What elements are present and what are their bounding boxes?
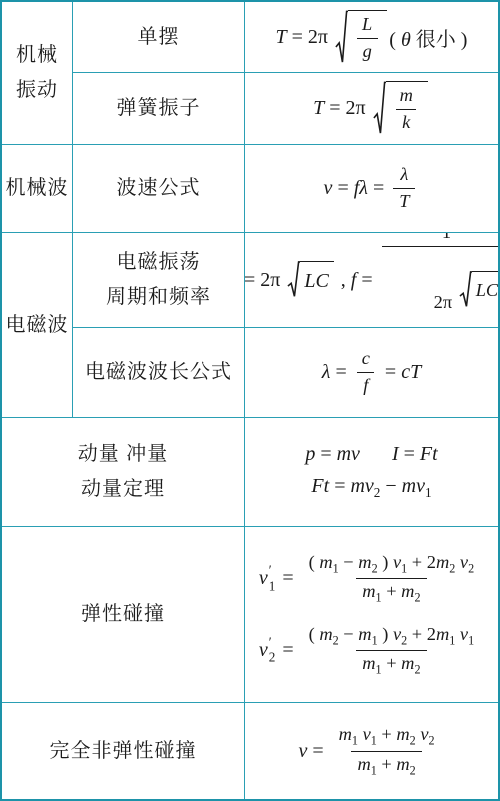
label-em-oscillation: 电磁振荡 周期和频率 <box>73 233 245 328</box>
cell-formula-pendulum: T = 2π L g ( θ 很小 ) <box>245 2 498 73</box>
radicand: LC <box>472 271 498 308</box>
formula-text: T = 2π <box>276 26 334 49</box>
fraction-numerator: L <box>356 12 378 38</box>
formula-momentum-line1: p = mvI = Ft <box>305 443 437 466</box>
formula-em-wavelength: λ = c f = cT <box>322 346 421 399</box>
prime-mark: ′ <box>269 636 272 649</box>
radical-sign-icon <box>459 271 472 308</box>
radical-sign-icon <box>287 261 300 298</box>
square-root: L g <box>335 10 387 65</box>
fraction-denominator: f <box>357 372 374 399</box>
formula-text: = cT <box>380 361 421 384</box>
fraction-denominator: k <box>396 109 416 136</box>
fraction: c f <box>356 346 376 399</box>
label-momentum: 动量 冲量 动量定理 <box>2 418 245 527</box>
fraction: λ T <box>393 162 415 215</box>
prime-subscript-stack: ′ 1 <box>269 564 276 592</box>
fraction: ( m2 − m1 ) v2 + 2m1 v1 m1 + m2 <box>303 622 481 680</box>
cell-formula-momentum: p = mvI = Ft Ft = mv2 − mv1 <box>245 418 498 527</box>
fraction-denominator: m1 + m2 <box>356 578 426 607</box>
fraction-denominator: m1 + m2 <box>356 650 426 679</box>
radical-sign-icon <box>335 10 348 65</box>
formula-text: T = 2π <box>245 269 285 292</box>
category-line: 机械 <box>16 38 58 73</box>
label-inelastic-collision: 完全非弹性碰撞 <box>2 703 245 799</box>
radicand: m k <box>386 81 428 136</box>
cell-formula-wave-speed: v = fλ = λ T <box>245 145 498 233</box>
label-wave-speed: 波速公式 <box>73 145 245 233</box>
fraction-denominator: g <box>357 38 378 65</box>
radicand: L g <box>348 10 387 65</box>
label-pendulum: 单摆 <box>73 2 245 73</box>
fraction-denominator: T <box>393 188 415 215</box>
formula-text: Ft = mv2 − mv1 <box>311 475 431 501</box>
subscript: 1 <box>269 579 276 592</box>
label-elastic-collision: 弹性碰撞 <box>2 527 245 703</box>
formula-text: v <box>259 567 268 590</box>
cell-formula-em-oscillation: T = 2π LC , f = 1 2π LC <box>245 233 498 328</box>
prime-mark: ′ <box>269 564 272 577</box>
formula-text: v <box>259 639 268 662</box>
formula-inelastic: v = m1 v1 + m2 v2 m1 + m2 <box>298 722 444 780</box>
formula-em-oscillation: T = 2π LC , f = 1 2π LC <box>245 233 498 328</box>
formula-text: = <box>277 639 298 662</box>
formula-text: , f = <box>336 269 378 292</box>
cell-formula-em-wavelength: λ = c f = cT <box>245 328 498 418</box>
formula-text: v = fλ = <box>324 177 390 200</box>
radical-sign-icon <box>373 81 386 136</box>
formula-text: λ = <box>322 361 352 384</box>
formula-pendulum: T = 2π L g ( θ 很小 ) <box>276 10 468 65</box>
fraction: L g <box>356 12 378 65</box>
label-em-wavelength: 电磁波波长公式 <box>73 328 245 418</box>
square-root: LC <box>459 271 498 308</box>
fraction: m1 v1 + m2 v2 m1 + m2 <box>333 722 441 780</box>
category-mechanical-wave: 机械波 <box>2 145 73 233</box>
cell-formula-inelastic: v = m1 v1 + m2 v2 m1 + m2 <box>245 703 498 799</box>
category-mechanical-vibration: 机械 振动 <box>2 2 73 145</box>
formula-text: v = <box>298 740 328 763</box>
formula-wave-speed: v = fλ = λ T <box>324 162 420 215</box>
formula-elastic-v2: v ′ 2 = ( m2 − m1 ) v2 + 2m1 v1 m1 + m2 <box>259 622 484 680</box>
formula-spring: T = 2π m k <box>313 81 430 136</box>
fraction: m k <box>394 83 419 136</box>
formula-momentum-line2: Ft = mv2 − mv1 <box>311 475 431 501</box>
fraction-numerator: 1 <box>436 233 457 246</box>
fraction-denominator: 2π LC <box>382 246 498 328</box>
formula-text: p = mvI = Ft <box>305 443 437 466</box>
fraction-numerator: λ <box>394 162 414 188</box>
formula-elastic-v1: v ′ 1 = ( m1 − m2 ) v1 + 2m2 v2 m1 + m2 <box>259 550 484 608</box>
fraction-numerator: m <box>394 83 419 109</box>
category-line: 振动 <box>16 73 58 108</box>
label-spring-oscillator: 弹簧振子 <box>73 73 245 145</box>
cell-formula-elastic: v ′ 1 = ( m1 − m2 ) v1 + 2m2 v2 m1 + m2 … <box>245 527 498 703</box>
prime-subscript-stack: ′ 2 <box>269 636 276 664</box>
formula-note: ( θ 很小 ) <box>389 23 467 52</box>
fraction-numerator: c <box>356 346 376 372</box>
formula-text: T = 2π <box>313 97 371 120</box>
cell-formula-spring: T = 2π m k <box>245 73 498 145</box>
square-root: LC <box>287 261 333 298</box>
radicand: LC <box>300 261 333 298</box>
fraction-numerator: m1 v1 + m2 v2 <box>333 722 441 750</box>
fraction-numerator: ( m1 − m2 ) v1 + 2m2 v2 <box>303 550 481 578</box>
fraction-numerator: ( m2 − m1 ) v2 + 2m1 v1 <box>303 622 481 650</box>
subscript: 2 <box>269 651 276 664</box>
fraction: 1 2π LC <box>382 233 498 328</box>
fraction: ( m1 − m2 ) v1 + 2m2 v2 m1 + m2 <box>303 550 481 608</box>
physics-formula-table: 机械 振动 单摆 T = 2π L g ( θ 很小 ) 弹簧振子 T <box>0 0 500 801</box>
category-em-wave: 电磁波 <box>2 233 73 418</box>
formula-text: = <box>277 567 298 590</box>
square-root: m k <box>373 81 428 136</box>
fraction-denominator: m1 + m2 <box>351 751 421 780</box>
